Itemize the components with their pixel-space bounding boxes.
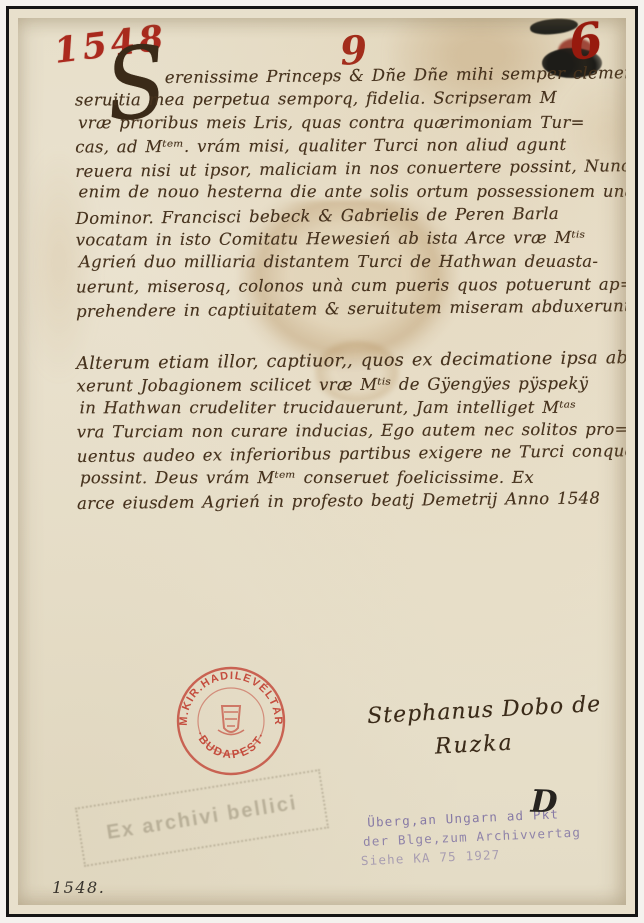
letter-line: arce eiusdem Agrień in profesto beatj De… [77,488,626,517]
svg-text:M.KIR.HADILEVÉLTÁR: M.KIR.HADILEVÉLTÁR [178,670,285,726]
signature-place: Ruzka [434,726,603,760]
embossed-stamp-text: Ex archivi bellici [105,792,299,845]
archive-stamp-graphic: M.KIR.HADILEVÉLTÁR ·BUDAPEST· [174,664,288,778]
signature-block: Stephanus Dobo de Ruzka [367,692,604,763]
letter-line: vræ prioribus meis Lris, quas contra quæ… [78,112,626,136]
letter-line: Agrień duo milliaria distantem Turci de … [79,252,626,276]
handwritten-mark-d: D [530,793,559,813]
embossed-archive-stamp: Ex archivi bellici [75,769,329,867]
stamp-arc-top-text: M.KIR.HADILEVÉLTÁR [178,670,285,726]
letter-line: enim de nouo hesterna die ante solis ort… [78,182,626,206]
parchment-paper: 1548 9 6 S erenissime Princeps & Dñe Dñe… [18,18,626,905]
year-annotation-bottom: 1548. [52,878,105,897]
transfer-stamp: Überg,an Ungarn ad Pkt der Blge,zum Arch… [367,803,587,869]
letter-line: uentus audeo ex inferioribus partibus ex… [77,441,626,470]
signature-name: Stephanus Dobo de [367,692,602,729]
letter-body: erenissime Princeps & Dñe Dñe mihi sempe… [75,65,626,516]
letter-line: seruitia mea perpetua semporq, fidelia. … [75,88,626,114]
letter-line: possint. Deus vrám Mᵗᵉᵐ conseruet foelic… [80,467,626,491]
paragraph-2: Alterum etiam illor, captiuor,, quos ex … [76,350,626,516]
paragraph-1: erenissime Princeps & Dñe Dñe mihi sempe… [75,65,626,324]
scanned-document-page: { "annotations": { "year_top_left": "154… [0,0,644,923]
scan-black-frame: 1548 9 6 S erenissime Princeps & Dñe Dñe… [6,6,638,917]
letter-line: in Hathwan crudeliter trucidauerunt, Jam… [80,398,626,422]
letter-line: prehendere in captiuitatem & seruitutem … [76,296,626,325]
letter-line: xerunt Jobagionem scilicet vræ Mᵗⁱˢ de G… [76,373,626,399]
archive-round-stamp: M.KIR.HADILEVÉLTÁR ·BUDAPEST· [174,664,288,778]
stamp-emblem [218,706,244,735]
letter-line: vocatam in isto Comitatu Hewesień ab ist… [76,228,626,254]
